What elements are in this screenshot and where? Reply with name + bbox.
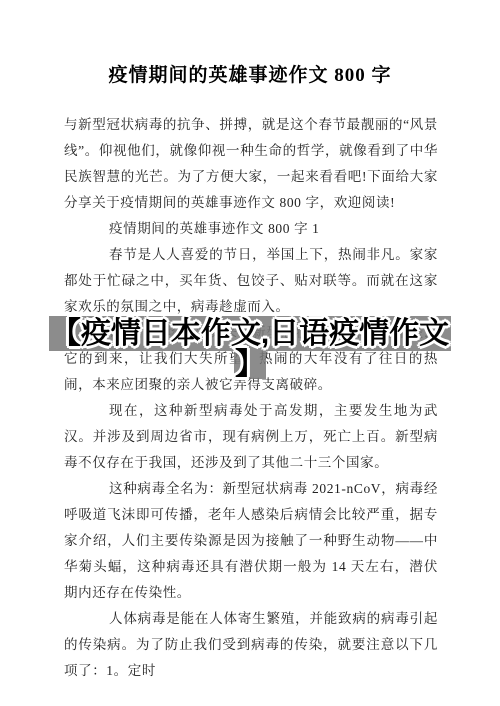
paragraph: 现在，这种新型病毒处于高发期，主要发生地为武汉。并涉及到周边省市，现有病例上万，… (64, 398, 438, 476)
document-page: 疫情期间的英雄事迹作文 800 字 与新型冠状病毒的抗争、拼搏，就是这个春节最靓… (0, 0, 500, 706)
paragraph: 这种病毒全名为：新型冠状病毒 2021-nCoV，病毒经呼吸道飞沫即可传播，老年… (64, 476, 438, 606)
paragraph: 疫情期间的英雄事迹作文 800 字 1 (64, 216, 438, 242)
paragraph: 与新型冠状病毒的抗争、拼搏，就是这个春节最靓丽的“风景线”。仰视他们，就像仰视一… (64, 112, 438, 216)
document-title: 疫情期间的英雄事迹作文 800 字 (0, 60, 500, 87)
document-body: 与新型冠状病毒的抗争、拼搏，就是这个春节最靓丽的“风景线”。仰视他们，就像仰视一… (64, 112, 438, 684)
paragraph: 春节是人人喜爱的节日，举国上下，热闹非凡。家家都处于忙碌之中，买年货、包饺子、贴… (64, 242, 438, 320)
paragraph: 谁知，一场突如其来的新型冠状病毒疫情悄然来袭，它的到来，让我们大失所望，热闹的大… (64, 320, 438, 398)
paragraph: 人体病毒是能在人体寄生繁殖，并能致病的病毒引起的传染病。为了防止我们受到病毒的传… (64, 606, 438, 684)
